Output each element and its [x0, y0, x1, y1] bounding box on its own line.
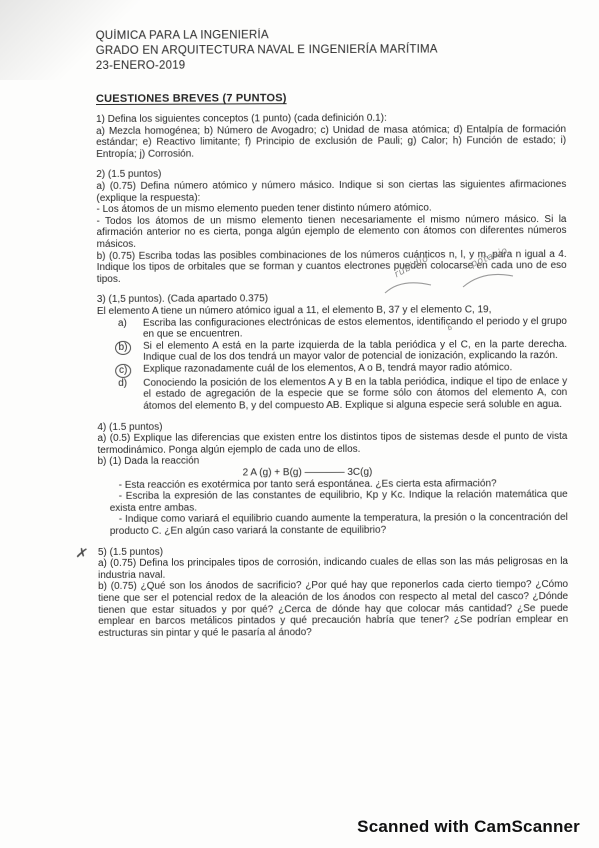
handwritten-x-mark: ✗ [74, 544, 89, 563]
item-b-text: Si el elemento A está en la parte izquie… [143, 339, 567, 364]
item-a-marker: a) [118, 317, 143, 340]
question-5-part-b: b) (0.75) ¿Qué son los ánodos de sacrifi… [98, 579, 568, 639]
question-2-claim-2: - Todos los átomos de un mismo elemento … [96, 214, 566, 251]
question-3-item-a: a) Escriba las configuraciones electróni… [97, 315, 567, 340]
question-1: 1) Defina los siguientes conceptos (1 pu… [96, 112, 566, 160]
question-2: 2) (1.5 puntos) a) (0.75) Defina número … [96, 167, 567, 285]
item-d-text: Conociendo la posición de los elementos … [143, 376, 567, 413]
exam-content: QUÍMICA PARA LA INGENIERÍA GRADO EN ARQU… [96, 27, 569, 639]
item-a-text: Escriba las configuraciones electrónicas… [143, 315, 567, 340]
question-2-part-a: a) (0.75) Defina número atómico y número… [96, 179, 566, 204]
item-b-marker-circled: b) [115, 341, 131, 355]
camscanner-watermark: Scanned with CamScanner [357, 817, 580, 837]
scanned-exam-page: QUÍMICA PARA LA INGENIERÍA GRADO EN ARQU… [0, 0, 599, 848]
question-5-part-a: a) (0.75) Defina los principales tipos d… [98, 556, 568, 581]
question-4-bullet-3: - Indique como variará el equilibrio cua… [98, 512, 568, 537]
exam-date: 23-ENERO-2019 [96, 57, 566, 74]
question-4: 4) (1.5 puntos) a) (0.5) Explique las di… [97, 420, 568, 538]
question-4-bullet-2: - Escriba la expresión de las constantes… [98, 489, 568, 514]
item-d-marker: d) [118, 378, 143, 413]
question-3-item-b: b) Si el elemento A está en la parte izq… [97, 339, 567, 364]
question-5: 5) (1.5 puntos) a) (0.75) Defina los pri… [98, 545, 568, 640]
section-title: CUESTIONES BREVES (7 PUNTOS) [96, 91, 566, 105]
question-3-item-d: d) Conociendo la posición de los element… [97, 376, 567, 413]
question-4-part-a: a) (0.5) Explique las diferencias que ex… [97, 431, 567, 456]
question-1-body: a) Mezcla homogénea; b) Número de Avogad… [96, 124, 566, 161]
question-3: 3) (1,5 puntos). (Cada apartado 0.375) E… [97, 292, 568, 412]
item-c-marker-circled: c) [115, 364, 131, 378]
exam-header: QUÍMICA PARA LA INGENIERÍA GRADO EN ARQU… [96, 27, 566, 74]
